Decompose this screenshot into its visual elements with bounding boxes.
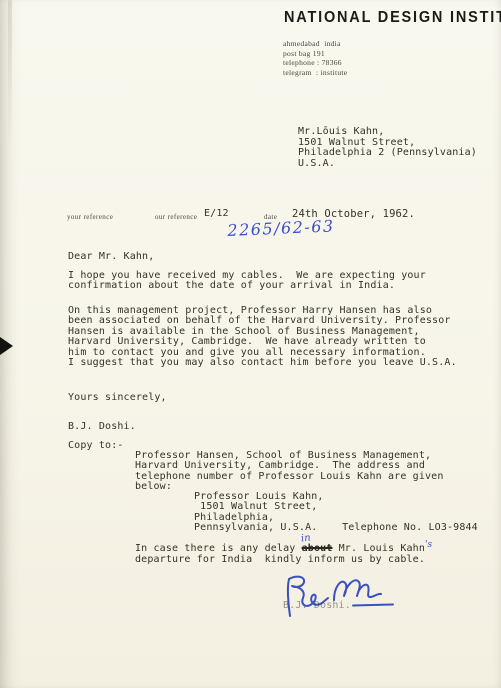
our-reference-value: E/12	[204, 209, 229, 219]
body-paragraph-1: I hope you have received my cables. We a…	[68, 271, 426, 292]
signature-scrawl-icon	[276, 572, 401, 622]
recipient-address: Mr.Lōuis Kahn, 1501 Walnut Street, Phila…	[298, 127, 477, 170]
handwritten-apostrophe-s: 's	[425, 540, 432, 550]
left-margin-arrow-marker	[0, 337, 13, 355]
scanned-letter: NATIONAL DESIGN INSTITUTE ahmedabad indi…	[0, 0, 501, 688]
closing-phrase: Yours sincerely,	[68, 393, 167, 403]
closing-note-text: In case there is any delay	[135, 543, 302, 554]
handwritten-signature	[276, 572, 401, 626]
closing-note-line-2: departure for India kindly inform us by …	[135, 555, 425, 565]
letterhead-title: NATIONAL DESIGN INSTITUTE	[284, 9, 501, 26]
copy-to-label: Copy to:-	[68, 441, 124, 451]
our-reference-label: our reference	[155, 213, 197, 221]
struck-word: about	[302, 543, 333, 554]
scan-streak	[8, 0, 12, 150]
handwritten-file-number: 2265/62-63	[227, 216, 335, 240]
copy-to-note: Professor Hansen, School of Business Man…	[135, 451, 444, 493]
body-paragraph-2: On this management project, Professor Ha…	[68, 306, 457, 368]
closing-note-line-1: In case there is any delay about Mr. Lou…	[135, 544, 432, 554]
signatory-name: B.J. Doshi.	[68, 422, 136, 432]
letterhead-address: ahmedabad india post bag 191 telephone :…	[283, 39, 347, 77]
closing-note-text: Mr. Louis Kahn	[332, 543, 425, 554]
your-reference-label: your reference	[67, 213, 113, 221]
typed-signature-name: B.J. Doshi.	[283, 601, 351, 611]
salutation: Dear Mr. Kahn,	[68, 252, 154, 262]
kahn-contact-details: Professor Louis Kahn, 1501 Walnut Street…	[194, 492, 478, 534]
